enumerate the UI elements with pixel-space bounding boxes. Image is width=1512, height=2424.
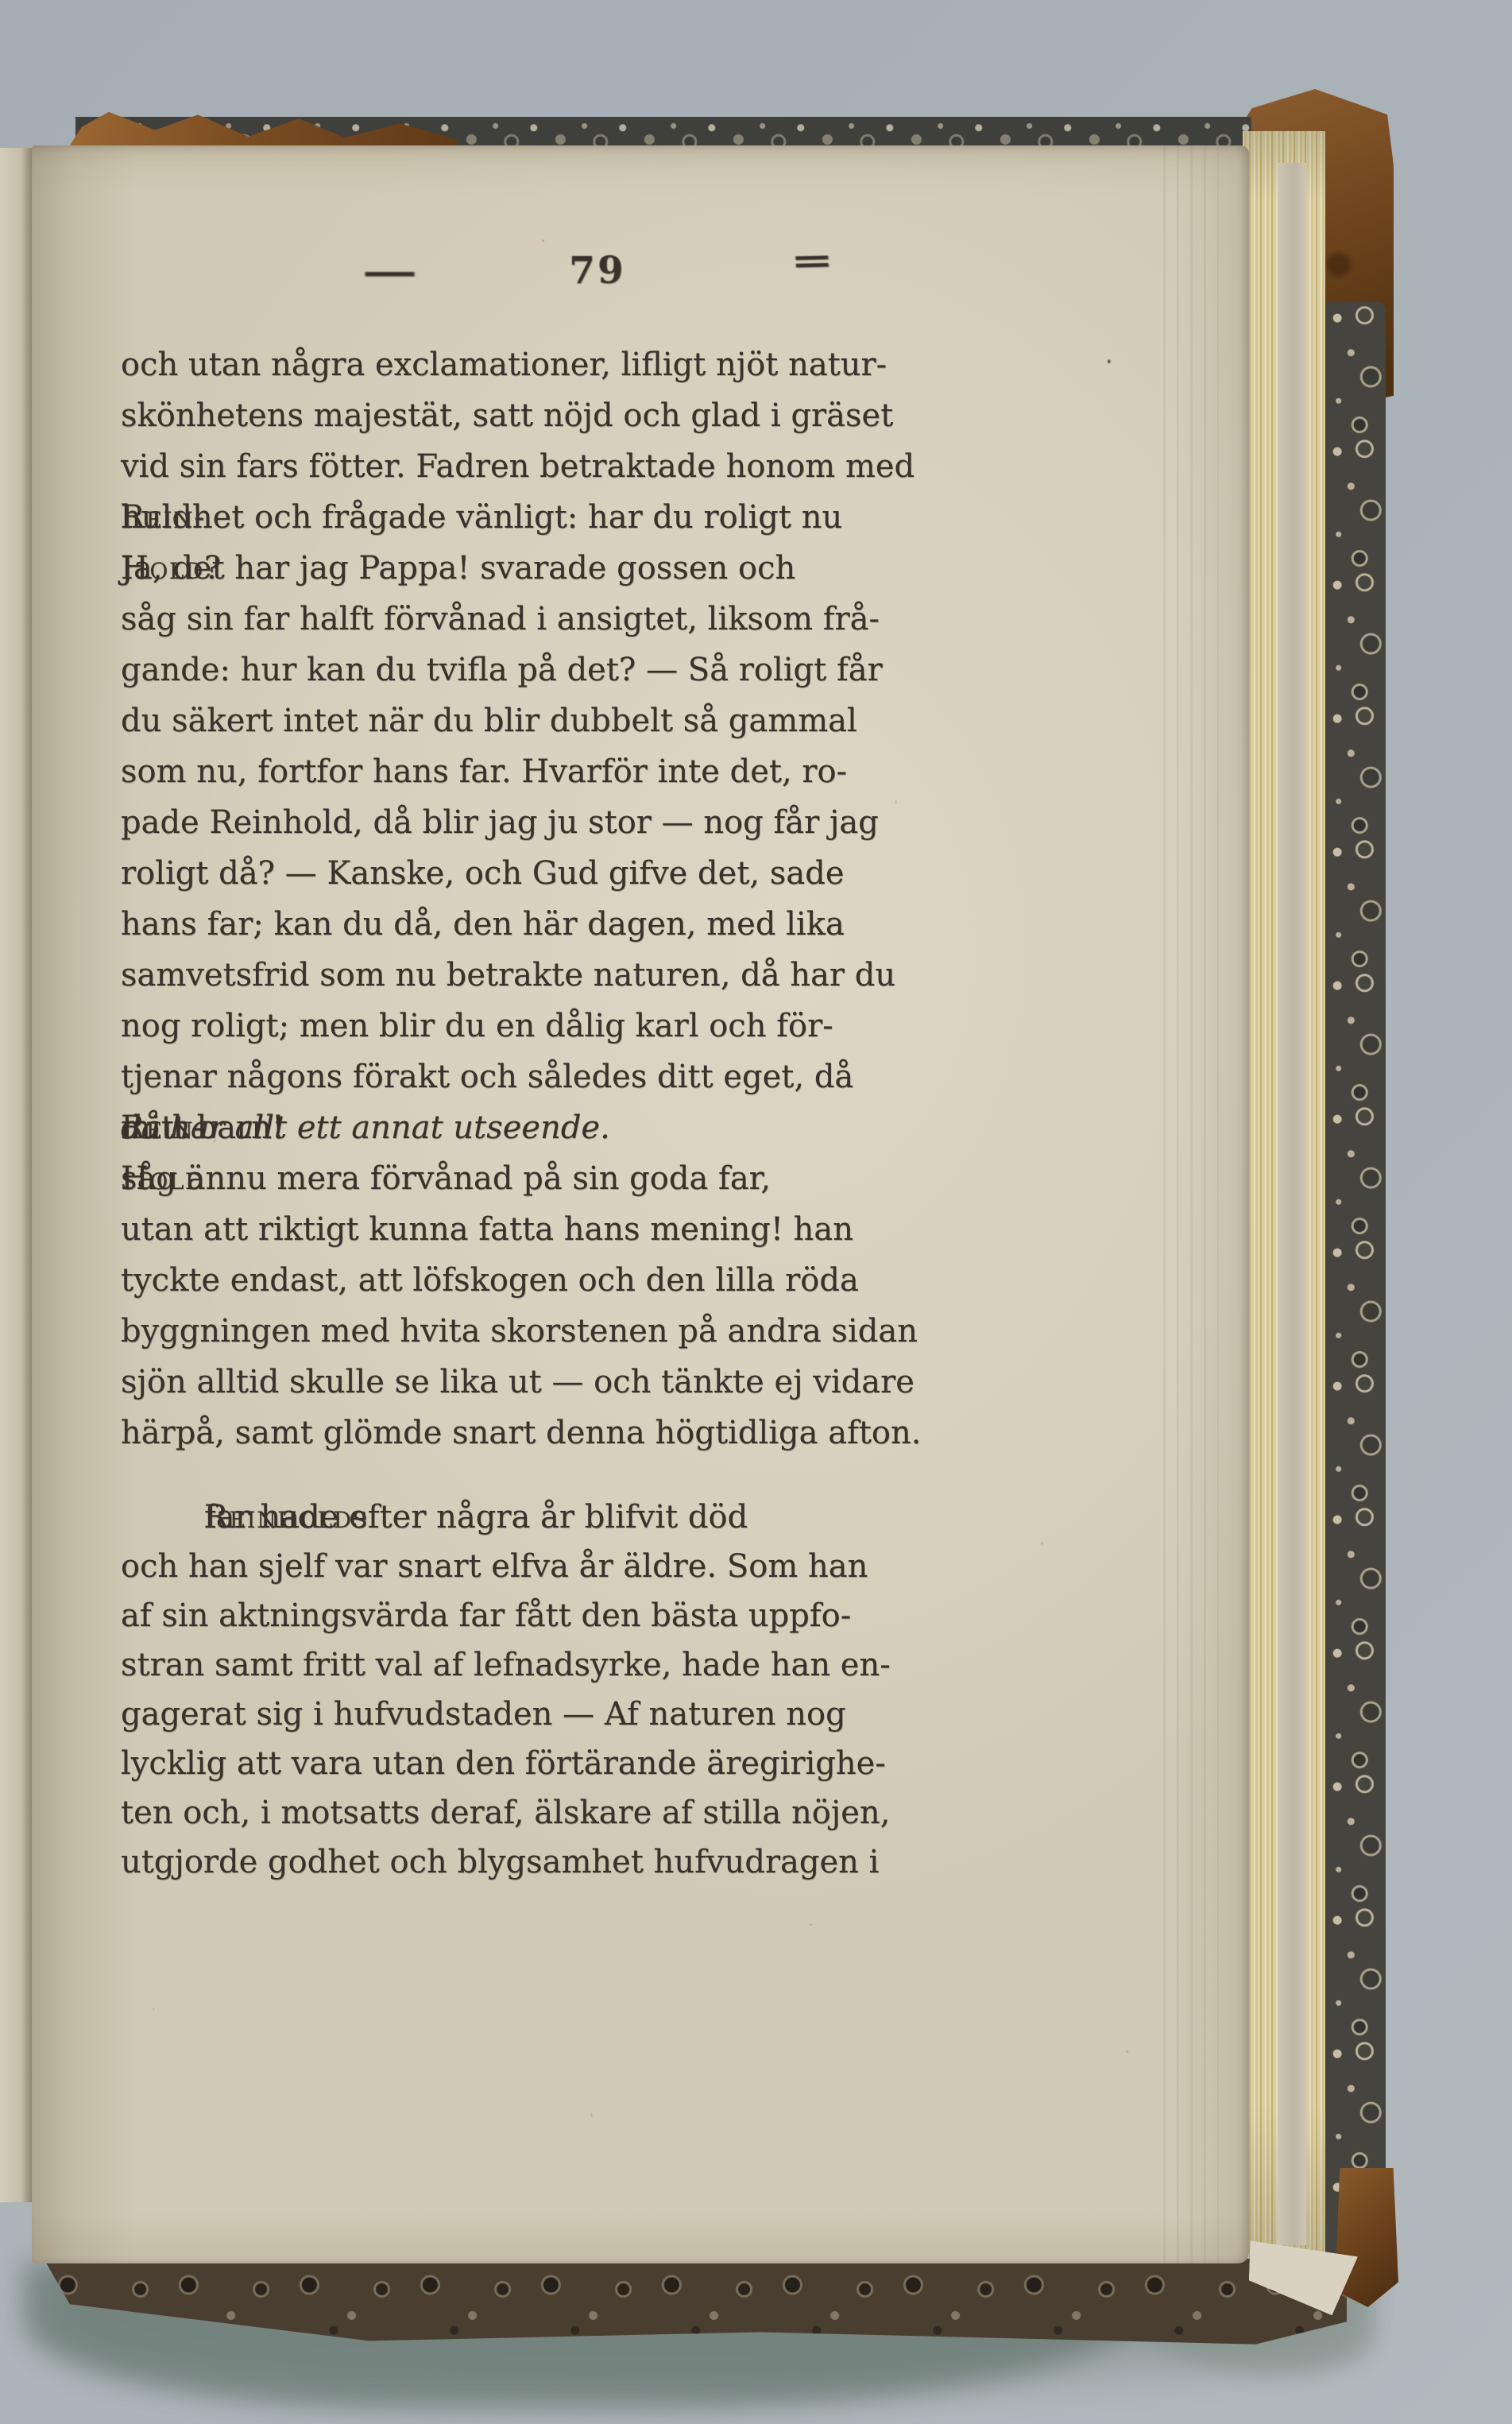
text-line: och utan några exclamationer, lifligt nj… — [121, 340, 1193, 391]
text-segment: af sin aktningsvärda far fått den bästa … — [121, 1591, 851, 1640]
text-line: samvetsfrid som nu betrakte naturen, då … — [121, 951, 1193, 1001]
book-page: — 79 = och utan några exclamationer, lif… — [32, 145, 1249, 2263]
text-line: skönhetens majestät, satt nöjd och glad … — [121, 391, 1193, 442]
text-segment: du säkert intet när du blir dubbelt så g… — [121, 696, 857, 745]
text-segment: far hade efter några år blifvit död — [204, 1493, 748, 1542]
text-line: hans far; kan du då, den här dagen, med … — [121, 900, 1193, 951]
text-line: du säkert intet när du blir dubbelt så g… — [121, 696, 1193, 747]
text-segment: utan att riktigt kunna fatta hans mening… — [121, 1205, 853, 1254]
text-segment: vid sin fars fötter. Fadren betraktade h… — [121, 442, 915, 491]
marbled-cover-edge-right — [1324, 302, 1386, 2285]
text-line: gagerat sig i hufvudstaden — Af naturen … — [121, 1690, 1193, 1741]
text-segment: tyckte endast, att löfskogen och den lil… — [121, 1256, 859, 1305]
text-line: utgjorde godhet och blygsamhet hufvudrag… — [121, 1837, 1193, 1888]
text-segment: såg ännu mera förvånad på sin goda far, — [121, 1154, 771, 1203]
text-segment: hans far; kan du då, den här dagen, med … — [121, 900, 845, 949]
text-line: ten och, i motsatts deraf, älskare af st… — [121, 1788, 1193, 1839]
text-line: lycklig att vara utan den förtärande äre… — [121, 1739, 1193, 1790]
text-line: såg sin far halft förvånad i ansigtet, l… — [121, 594, 1193, 645]
text-segment: tjenar någons förakt och således ditt eg… — [121, 1052, 853, 1102]
text-segment: som nu, fortfor hans far. Hvarför inte d… — [121, 747, 847, 796]
text-line: sjön alltid skulle se lika ut — och tänk… — [121, 1357, 1193, 1408]
text-line: härpå, samt glömde snart denna högtidlig… — [121, 1408, 1193, 1459]
text-line: vid sin fars fötter. Fadren betraktade h… — [121, 442, 1193, 493]
text-segment: utgjorde godhet och blygsamhet hufvudrag… — [121, 1837, 879, 1887]
text-line: af sin aktningsvärda far fått den bästa … — [121, 1591, 1193, 1642]
text-segment: byggningen med hvita skorstenen på andra… — [121, 1307, 918, 1356]
text-line: gande: hur kan du tvifla på det? — Så ro… — [121, 645, 1193, 696]
facing-page-sliver — [0, 148, 32, 2202]
text-segment: nog roligt; men blir du en dålig karl oc… — [121, 1001, 833, 1051]
text-segment: lycklig att vara utan den förtärande äre… — [121, 1739, 886, 1788]
text-segment: och utan några exclamationer, lifligt nj… — [121, 340, 887, 389]
text-line: roligt då? — Kanske, och Gud gifve det, … — [121, 849, 1193, 900]
text-segment: och han sjelf var snart elfva år äldre. … — [121, 1542, 868, 1591]
text-segment: såg sin far halft förvånad i ansigtet, l… — [121, 594, 880, 644]
text-segment: ten och, i motsatts deraf, älskare af st… — [121, 1788, 890, 1837]
text-segment: stran samt fritt val af lefnadsyrke, had… — [121, 1640, 891, 1690]
text-line: mitt barn! då har allt ett annat utseend… — [121, 1103, 1193, 1154]
text-line: nog roligt; men blir du en dålig karl oc… — [121, 1001, 1193, 1052]
text-segment: gande: hur kan du tvifla på det? — Så ro… — [121, 645, 883, 695]
fore-edge-page-stack — [1243, 131, 1325, 2277]
text-segment: huldhet och frågade vänligt: har du roli… — [121, 493, 842, 542]
text-segment: samvetsfrid som nu betrakte naturen, då … — [121, 951, 895, 1000]
text-line: stran samt fritt val af lefnadsyrke, had… — [121, 1640, 1193, 1691]
text-segment: Ja, det har jag Pappa! svarade gossen oc… — [121, 544, 795, 593]
text-segment: skönhetens majestät, satt nöjd och glad … — [121, 391, 893, 440]
text-segment: roligt då? — Kanske, och Gud gifve det, … — [121, 849, 845, 898]
text-line: byggningen med hvita skorstenen på andra… — [121, 1307, 1193, 1357]
text-segment: gagerat sig i hufvudstaden — Af naturen … — [121, 1690, 846, 1739]
text-line: tjenar någons förakt och således ditt eg… — [121, 1052, 1193, 1103]
page-text: och utan några exclamationer, lifligt nj… — [32, 145, 1249, 2263]
text-line: huldhet och frågade vänligt: har du roli… — [121, 493, 1193, 544]
text-line: Reinholds far hade efter några år blifvi… — [121, 1493, 1193, 1543]
text-line: pade Reinhold, då blir jag ju stor — nog… — [121, 798, 1193, 849]
text-segment: pade Reinhold, då blir jag ju stor — nog… — [121, 798, 879, 847]
text-line: Hold såg ännu mera förvånad på sin goda … — [121, 1154, 1193, 1205]
text-line: och han sjelf var snart elfva år äldre. … — [121, 1542, 1193, 1593]
fore-edge-band — [1278, 163, 1306, 2245]
text-line: tyckte endast, att löfskogen och den lil… — [121, 1256, 1193, 1307]
small-caps-name: Rein- — [121, 493, 206, 542]
text-line: som nu, fortfor hans far. Hvarför inte d… — [121, 747, 1193, 798]
text-line: utan att riktigt kunna fatta hans mening… — [121, 1205, 1193, 1256]
small-caps-name: Rein- — [121, 1103, 206, 1152]
text-segment: härpå, samt glömde snart denna högtidlig… — [121, 1408, 921, 1458]
text-segment: sjön alltid skulle se lika ut — och tänk… — [121, 1357, 915, 1407]
text-line: Hold? Ja, det har jag Pappa! svarade gos… — [121, 544, 1193, 594]
book-photo: — 79 = och utan några exclamationer, lif… — [0, 0, 1512, 2424]
